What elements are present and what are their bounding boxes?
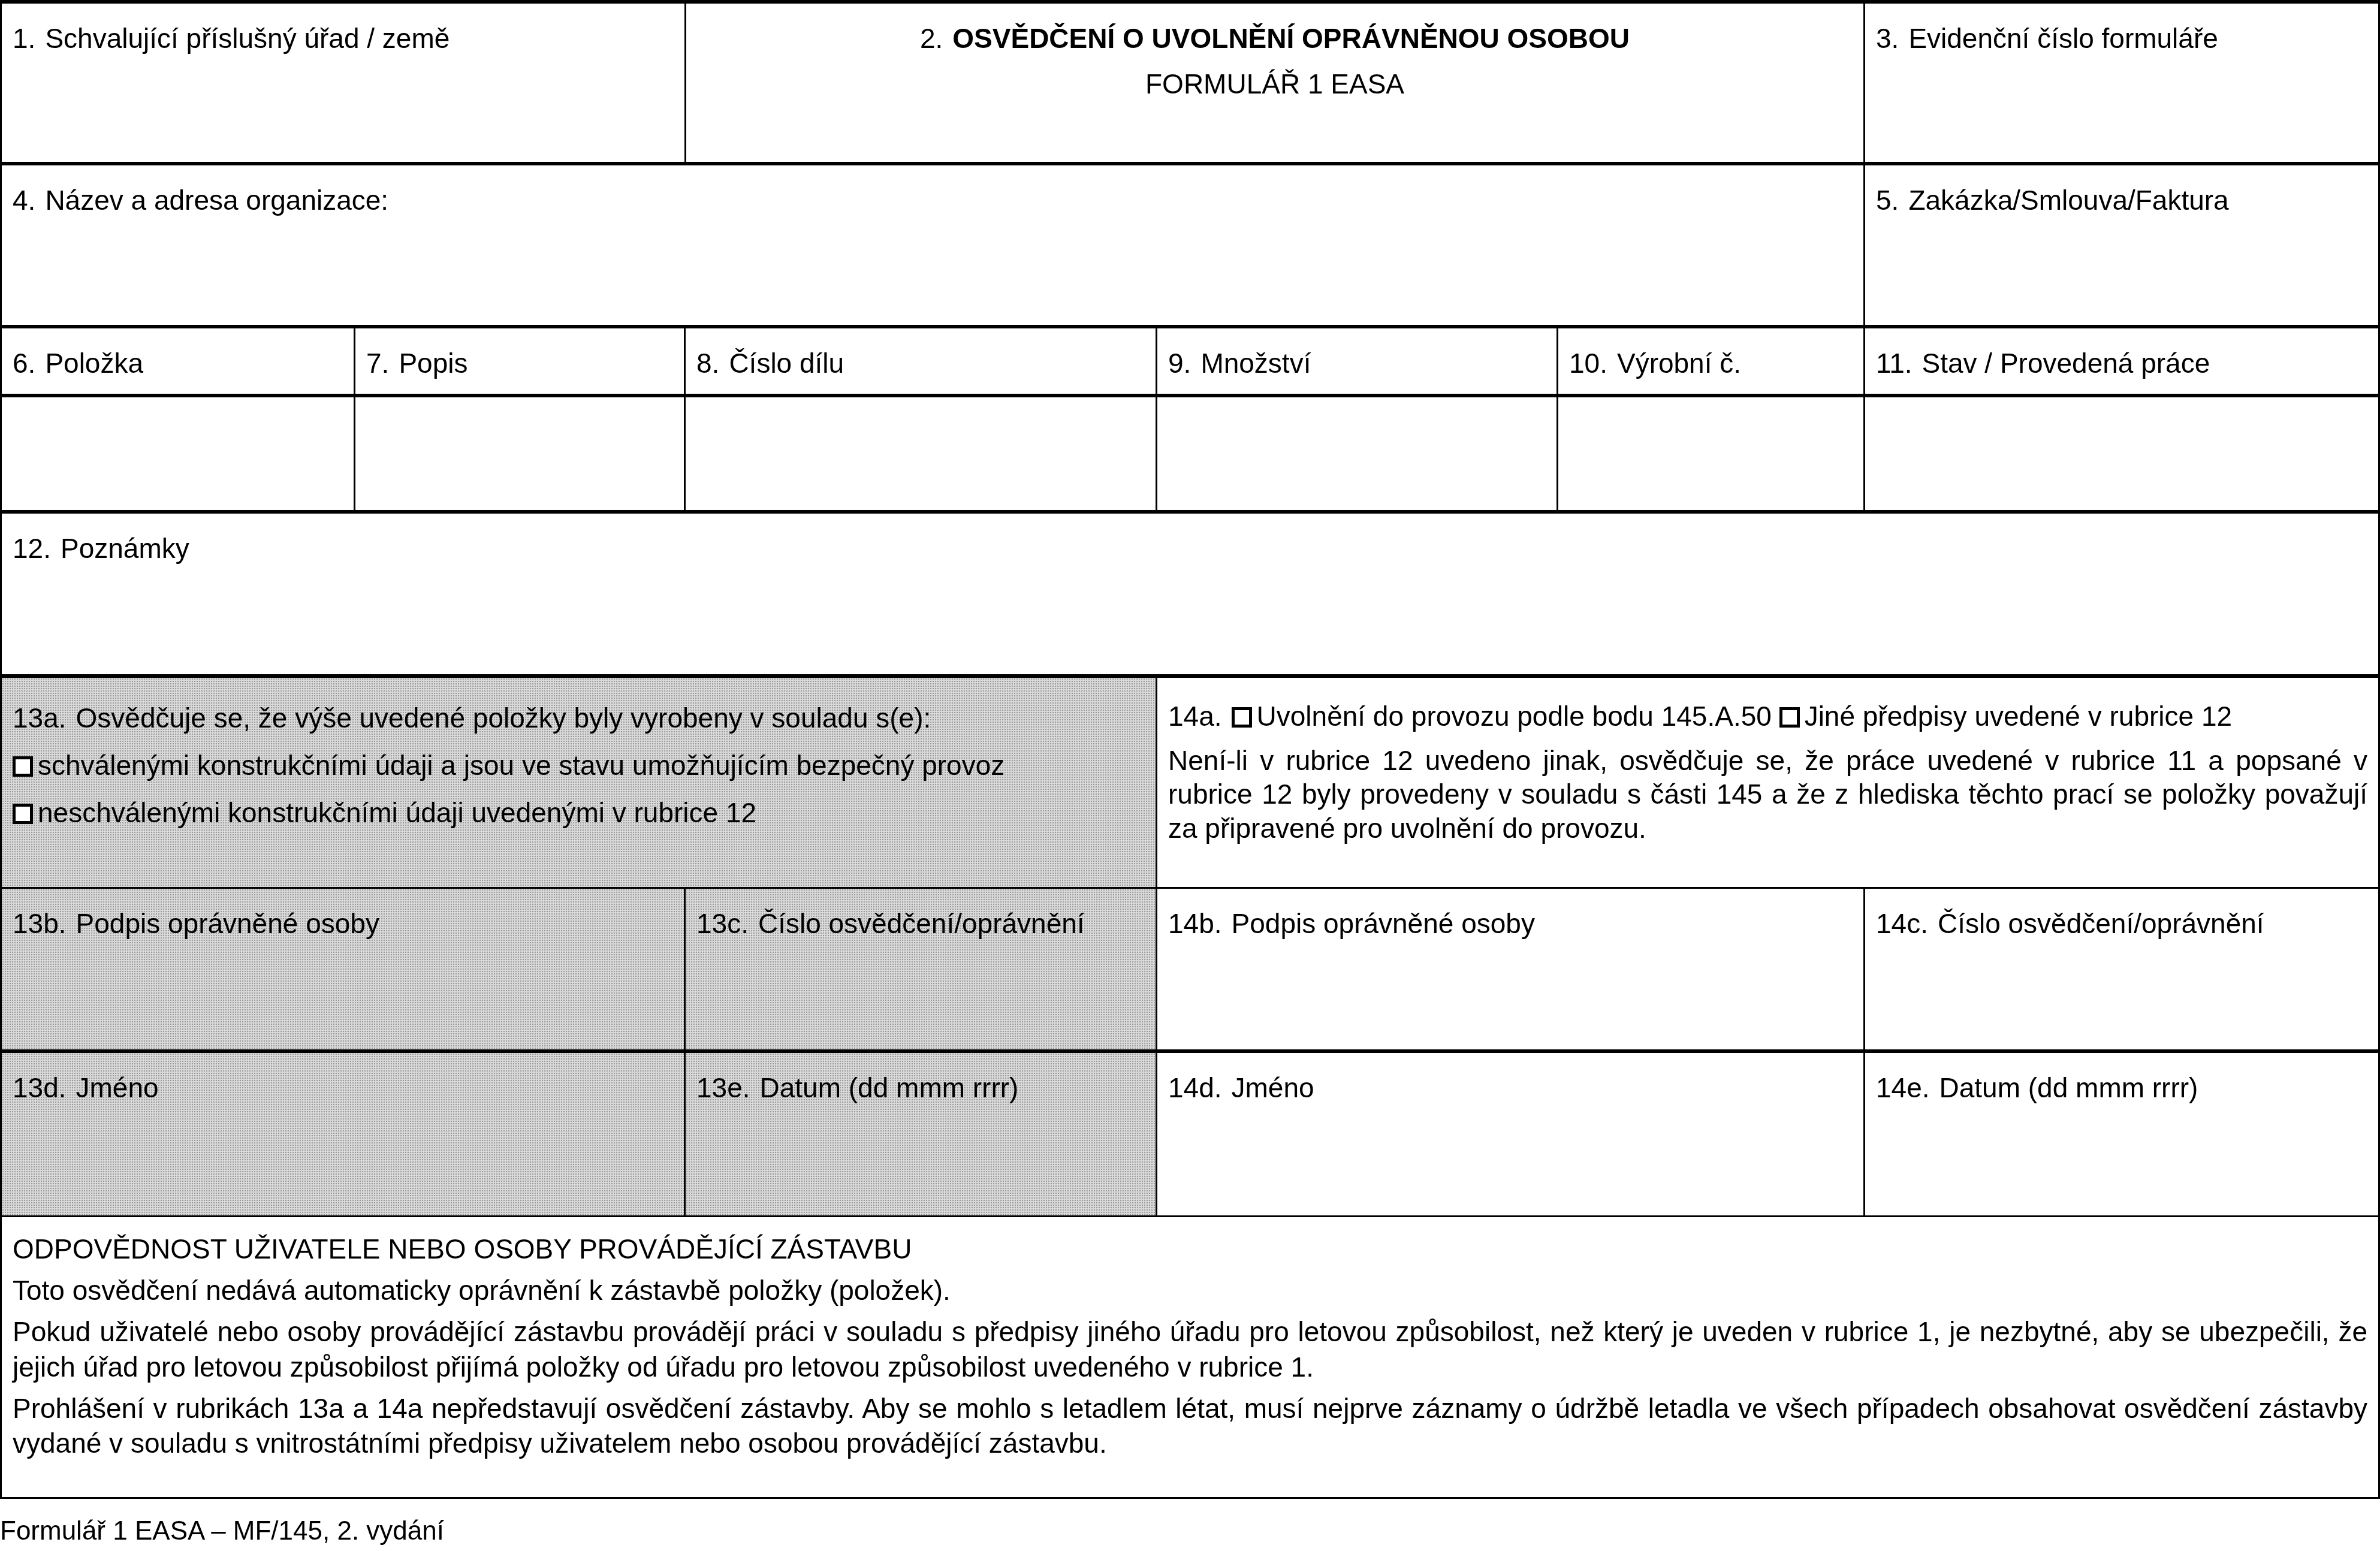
box-12-remarks[interactable]: 12.Poznámky [0, 514, 2380, 678]
checkbox-145a50[interactable] [1232, 707, 1252, 728]
description-cell[interactable] [355, 397, 686, 514]
option-other-regulation[interactable]: Jiné předpisy uvedené v rubrice 12 [1779, 701, 2232, 732]
col-header-description: 7.Popis [355, 328, 686, 397]
col-label: Číslo dílu [729, 348, 844, 379]
item-cell[interactable] [0, 397, 355, 514]
status-work-cell[interactable] [1865, 397, 2380, 514]
box-14a-number: 14a. [1168, 701, 1222, 732]
box-13c-approval-number[interactable]: 13c.Číslo osvědčení/oprávnění [686, 889, 1157, 1053]
col-header-item: 6.Položka [0, 328, 355, 397]
responsibility-paragraph: Toto osvědčení nedává automaticky oprávn… [13, 1273, 2367, 1308]
part-number-cell[interactable] [686, 397, 1157, 514]
box-14c-number: 14c. [1876, 908, 1928, 939]
box-1-label: Schvalující příslušný úřad / země [45, 23, 450, 54]
col-label: Množství [1200, 348, 1311, 379]
form-version-footer: Formulář 1 EASA – MF/145, 2. vydání [0, 1516, 444, 1546]
box-13d-label: Jméno [76, 1072, 159, 1103]
option-other-regulation-label: Jiné předpisy uvedené v rubrice 12 [1805, 701, 2232, 732]
box-5-number: 5. [1876, 185, 1899, 216]
box-14d-label: Jméno [1232, 1072, 1314, 1103]
user-responsibility-section: ODPOVĚDNOST UŽIVATELE NEBO OSOBY PROVÁDĚ… [0, 1217, 2380, 1499]
checkbox-other-regulation[interactable] [1779, 707, 1800, 728]
box-14e-date[interactable]: 14e.Datum (dd mmm rrrr) [1865, 1053, 2380, 1217]
box-4-number: 4. [13, 185, 35, 216]
box-13a-number: 13a. [13, 702, 67, 734]
responsibility-paragraph: Prohlášení v rubrikách 13a a 14a nepředs… [13, 1391, 2367, 1462]
box-14a-release: 14a.Uvolnění do provozu podle bodu 145.A… [1157, 678, 2380, 889]
col-header-quantity: 9.Množství [1157, 328, 1558, 397]
box-13a-label: Osvědčuje se, že výše uvedené položky by… [76, 702, 931, 734]
checkbox-non-approved-design[interactable] [13, 804, 33, 824]
quantity-cell[interactable] [1157, 397, 1558, 514]
col-number: 6. [13, 348, 35, 379]
box-3-label: Evidenční číslo formuláře [1908, 23, 2218, 54]
easa-form-1: 1.Schvalující příslušný úřad / země 2.OS… [0, 0, 2380, 1498]
col-label: Položka [45, 348, 143, 379]
col-number: 8. [696, 348, 719, 379]
form-subtitle: FORMULÁŘ 1 EASA [697, 67, 1853, 102]
box-3-number: 3. [1876, 23, 1899, 54]
box-13c-number: 13c. [696, 908, 749, 939]
box-14b-signature[interactable]: 14b.Podpis oprávněné osoby [1157, 889, 1865, 1053]
box-13d-number: 13d. [13, 1072, 67, 1103]
box-13e-number: 13e. [696, 1072, 750, 1103]
box-14d-name[interactable]: 14d.Jméno [1157, 1053, 1865, 1217]
box-1-number: 1. [13, 23, 35, 54]
box-12-label: Poznámky [61, 533, 189, 564]
box-13b-label: Podpis oprávněné osoby [76, 908, 379, 939]
box-4-label: Název a adresa organizace: [45, 185, 388, 216]
box-12-number: 12. [13, 533, 51, 564]
box-3-form-tracking-number[interactable]: 3.Evidenční číslo formuláře [1865, 0, 2380, 165]
option-145a50[interactable]: Uvolnění do provozu podle bodu 145.A.50 [1232, 701, 1772, 732]
checkbox-approved-design[interactable] [13, 756, 33, 777]
option-non-approved-design-label: neschválenými konstrukčními údaji uveden… [38, 797, 756, 828]
box-2-title: 2.OSVĚDČENÍ O UVOLNĚNÍ OPRÁVNĚNOU OSOBOU… [686, 0, 1865, 165]
col-label: Popis [399, 348, 467, 379]
box-13b-signature[interactable]: 13b.Podpis oprávněné osoby [0, 889, 686, 1053]
box-14e-number: 14e. [1876, 1072, 1930, 1103]
col-label: Stav / Provedená práce [1922, 348, 2210, 379]
box-5-work-order[interactable]: 5.Zakázka/Smlouva/Faktura [1865, 165, 2380, 328]
form-title: OSVĚDČENÍ O UVOLNĚNÍ OPRÁVNĚNOU OSOBOU [952, 23, 1630, 54]
box-14e-label: Datum (dd mmm rrrr) [1939, 1072, 2198, 1103]
col-header-status-work: 11.Stav / Provedená práce [1865, 328, 2380, 397]
box-13c-label: Číslo osvědčení/oprávnění [758, 908, 1085, 939]
box-14b-label: Podpis oprávněné osoby [1232, 908, 1535, 939]
col-header-part-number: 8.Číslo dílu [686, 328, 1157, 397]
box-14b-number: 14b. [1168, 908, 1222, 939]
col-header-serial-number: 10.Výrobní č. [1558, 328, 1865, 397]
option-145a50-label: Uvolnění do provozu podle bodu 145.A.50 [1257, 701, 1772, 732]
col-number: 9. [1168, 348, 1191, 379]
box-14d-number: 14d. [1168, 1072, 1222, 1103]
box-13a-certification: 13a.Osvědčuje se, že výše uvedené položk… [0, 678, 1157, 889]
responsibility-heading: ODPOVĚDNOST UŽIVATELE NEBO OSOBY PROVÁDĚ… [13, 1232, 2367, 1267]
box-13e-label: Datum (dd mmm rrrr) [760, 1072, 1019, 1103]
box-5-label: Zakázka/Smlouva/Faktura [1908, 185, 2228, 216]
option-approved-design[interactable]: schválenými konstrukčními údaji a jsou v… [13, 742, 1145, 789]
box-14a-statement: Není-li v rubrice 12 uvedeno jinak, osvě… [1168, 744, 2367, 846]
col-number: 10. [1569, 348, 1607, 379]
col-number: 11. [1876, 348, 1913, 379]
box-13e-date[interactable]: 13e.Datum (dd mmm rrrr) [686, 1053, 1157, 1217]
box-13d-name[interactable]: 13d.Jméno [0, 1053, 686, 1217]
box-14c-approval-number[interactable]: 14c.Číslo osvědčení/oprávnění [1865, 889, 2380, 1053]
box-14c-label: Číslo osvědčení/oprávnění [1938, 908, 2264, 939]
box-2-number: 2. [920, 23, 943, 54]
box-13b-number: 13b. [13, 908, 67, 939]
serial-number-cell[interactable] [1558, 397, 1865, 514]
col-number: 7. [366, 348, 389, 379]
box-1-authority[interactable]: 1.Schvalující příslušný úřad / země [0, 0, 686, 165]
responsibility-paragraph: Pokud uživatelé nebo osoby provádějící z… [13, 1314, 2367, 1385]
option-approved-design-label: schválenými konstrukčními údaji a jsou v… [38, 750, 1005, 781]
col-label: Výrobní č. [1617, 348, 1741, 379]
box-4-organisation[interactable]: 4.Název a adresa organizace: [0, 165, 1865, 328]
option-non-approved-design[interactable]: neschválenými konstrukčními údaji uveden… [13, 789, 1145, 837]
